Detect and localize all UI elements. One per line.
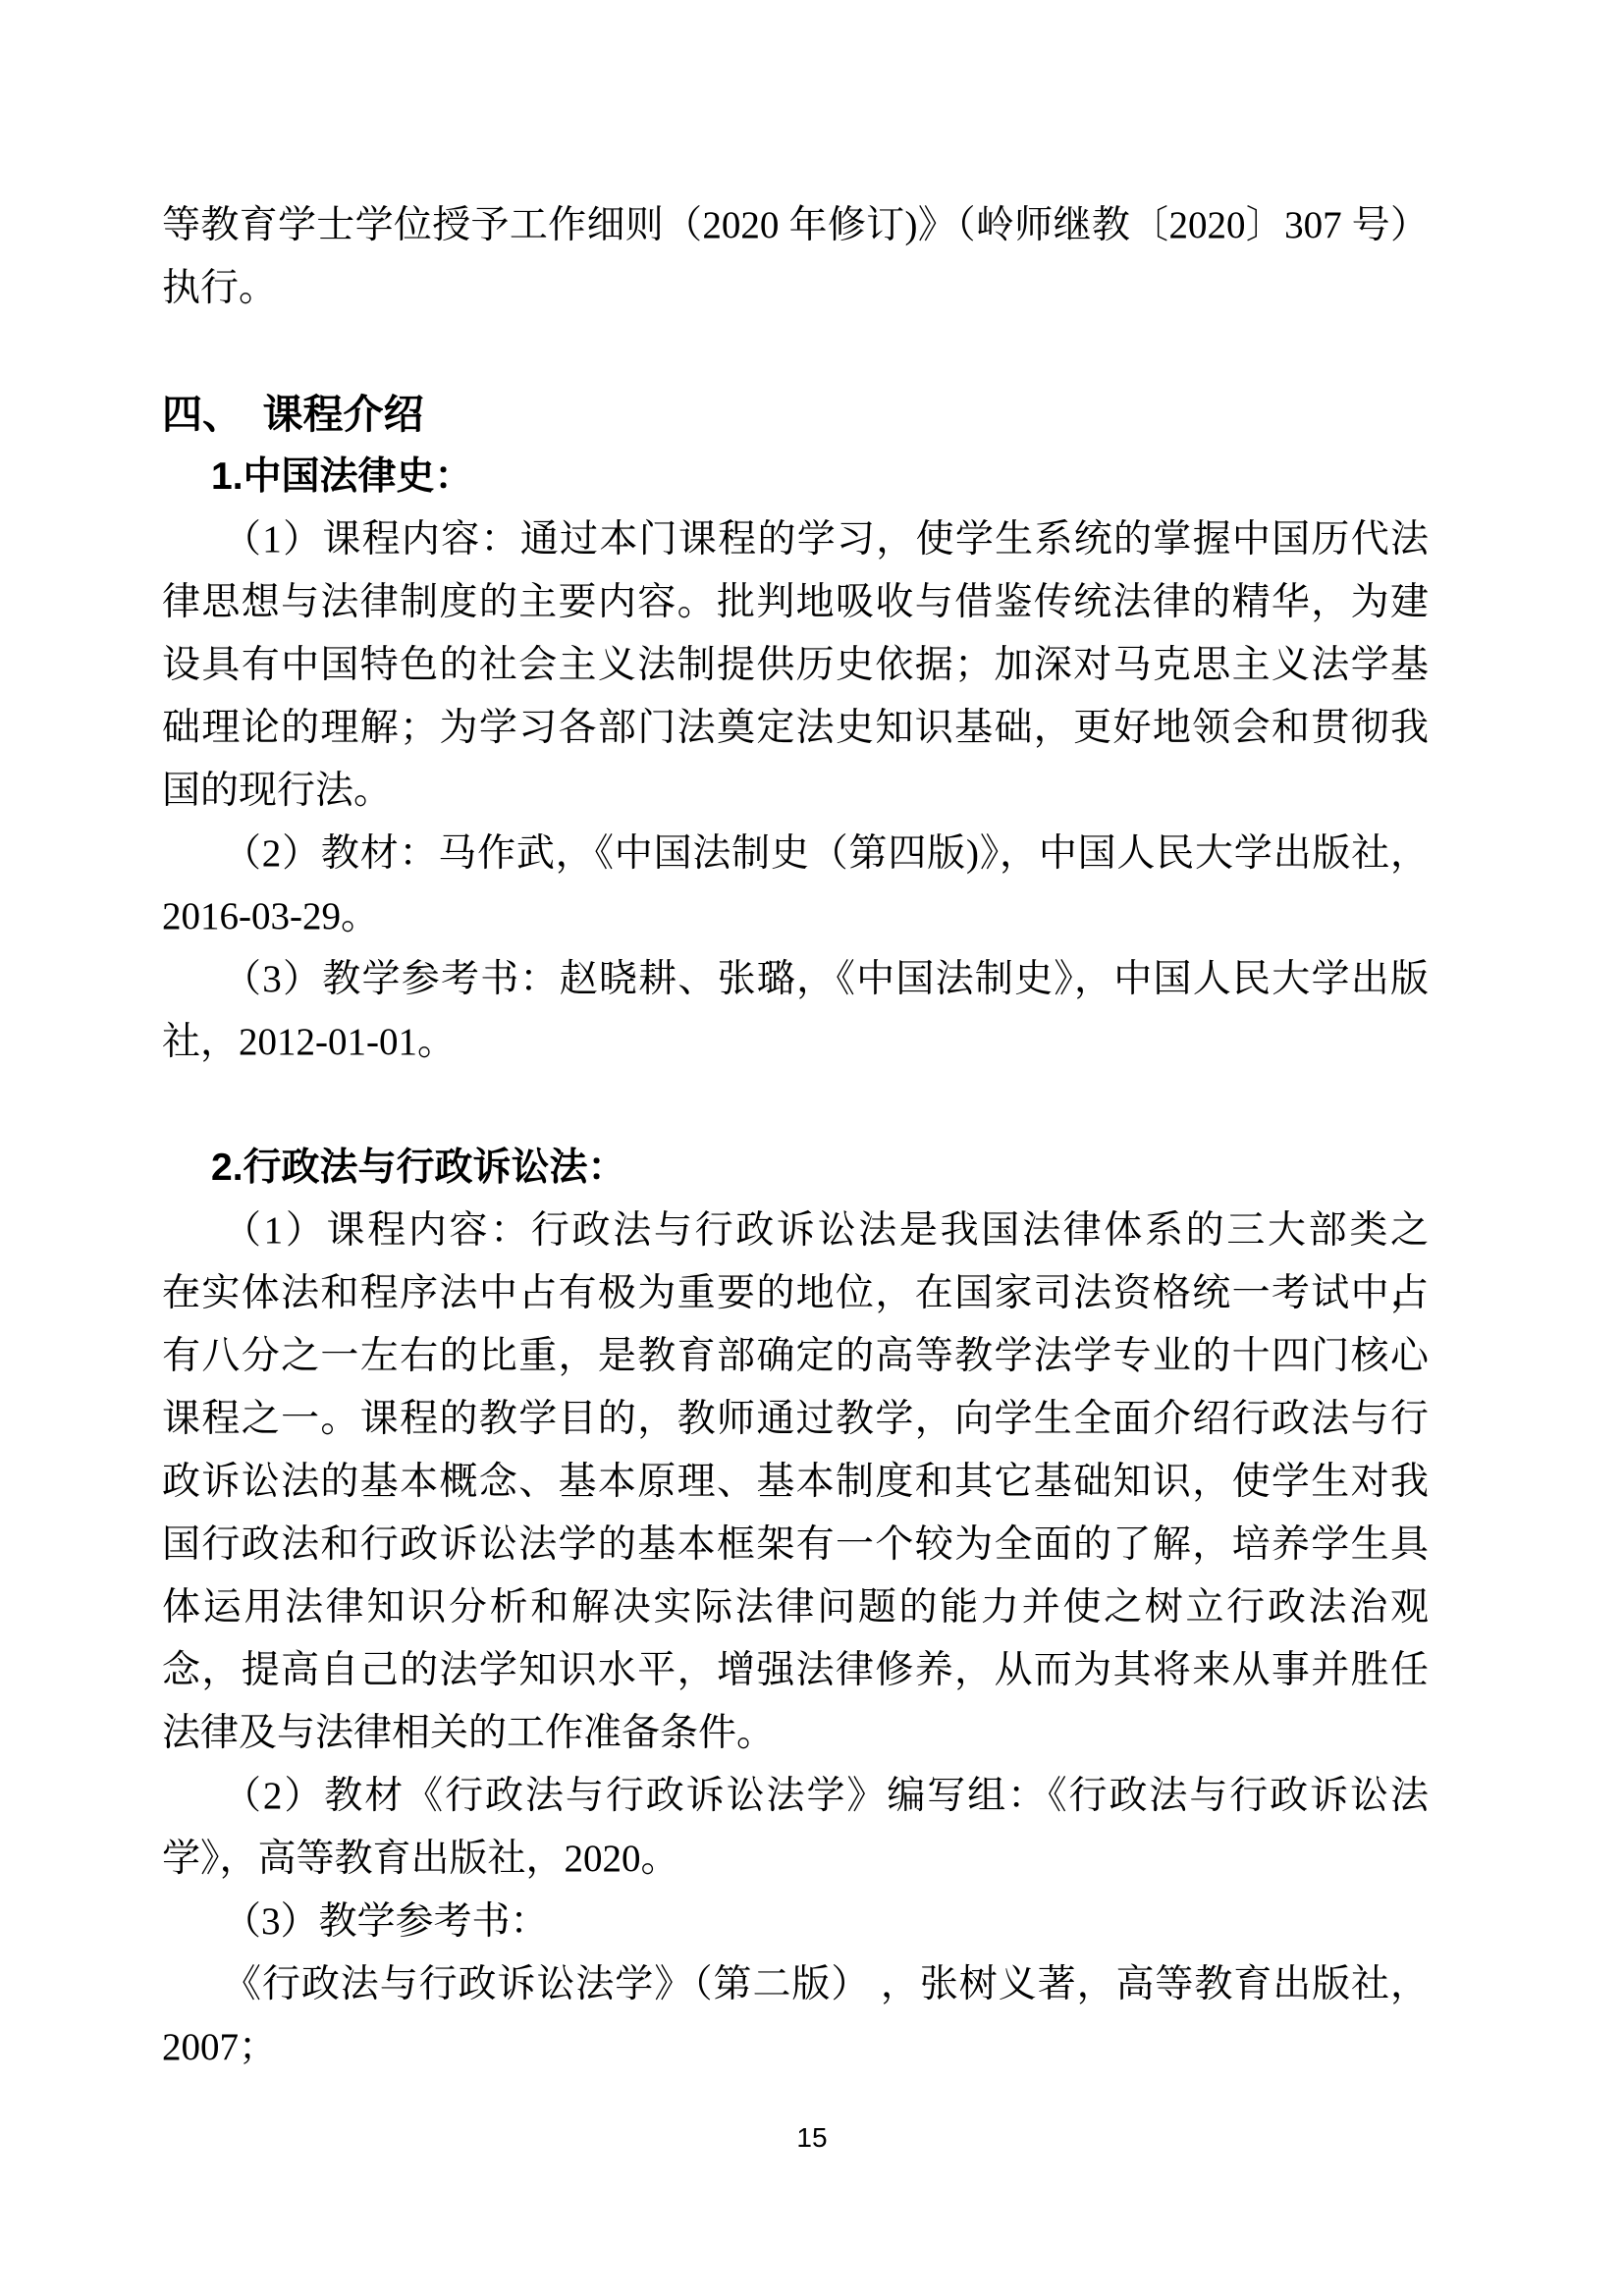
text-line: 国行政法和行政诉讼法学的基本框架有一个较为全面的了解，培养学生具: [162, 1514, 1429, 1576]
text-line: （2）教材：马作武，《中国法制史（第四版)》，中国人民大学出版社，: [162, 823, 1429, 885]
text-line: 在实体法和程序法中占有极为重要的地位，在国家司法资格统一考试中占: [162, 1262, 1429, 1325]
document-body: 等教育学士学位授予工作细则（2020 年修订)》（岭师继教〔2020〕307 号…: [162, 194, 1429, 2079]
document-page: 等教育学士学位授予工作细则（2020 年修订)》（岭师继教〔2020〕307 号…: [0, 0, 1624, 2296]
text-line: 念，提高自己的法学知识水平，增强法律修养，从而为其将来从事并胜任: [162, 1639, 1429, 1702]
text-line: 2007；: [162, 2016, 1429, 2079]
text-line: 2.行政法与行政诉讼法：: [162, 1137, 1429, 1200]
text-line: 有八分之一左右的比重，是教育部确定的高等教学法学专业的十四门核心: [162, 1325, 1429, 1388]
text-line: （1）课程内容：通过本门课程的学习，使学生系统的掌握中国历代法: [162, 508, 1429, 571]
text-line: 法律及与法律相关的工作准备条件。: [162, 1702, 1429, 1765]
text-line: 体运用法律知识分析和解决实际法律问题的能力并使之树立行政法治观: [162, 1576, 1429, 1639]
text-line: 设具有中国特色的社会主义法制提供历史依据；加深对马克思主义法学基: [162, 634, 1429, 697]
text-line: 社，2012-01-01。: [162, 1011, 1429, 1074]
text-line: 政诉讼法的基本概念、基本原理、基本制度和其它基础知识，使学生对我: [162, 1451, 1429, 1514]
text-line: 2016-03-29。: [162, 885, 1429, 948]
text-line: 础理论的理解；为学习各部门法奠定法史知识基础，更好地领会和贯彻我: [162, 697, 1429, 760]
text-line: （3）教学参考书：: [162, 1891, 1429, 1953]
text-line: 课程之一。课程的教学目的，教师通过教学，向学生全面介绍行政法与行: [162, 1388, 1429, 1451]
text-line: 《行政法与行政诉讼法学》（第二版） ，张树义著，高等教育出版社，: [162, 1953, 1429, 2016]
text-line: 律思想与法律制度的主要内容。批判地吸收与借鉴传统法律的精华，为建: [162, 571, 1429, 634]
text-line: （3）教学参考书：赵晓耕、张璐，《中国法制史》，中国人民大学出版: [162, 948, 1429, 1011]
text-line: 等教育学士学位授予工作细则（2020 年修订)》（岭师继教〔2020〕307 号…: [162, 194, 1429, 257]
text-line: 国的现行法。: [162, 760, 1429, 823]
text-line: 执行。: [162, 257, 1429, 320]
text-line: 四、 课程介绍: [162, 383, 1429, 446]
text-line: （1）课程内容：行政法与行政诉讼法是我国法律体系的三大部类之一，: [162, 1200, 1429, 1262]
text-line: 学》，高等教育出版社，2020。: [162, 1828, 1429, 1891]
text-line: （2）教材《行政法与行政诉讼法学》编写组：《行政法与行政诉讼法: [162, 1765, 1429, 1828]
page-number: 15: [0, 2122, 1624, 2154]
text-line: 1.中国法律史：: [162, 446, 1429, 508]
